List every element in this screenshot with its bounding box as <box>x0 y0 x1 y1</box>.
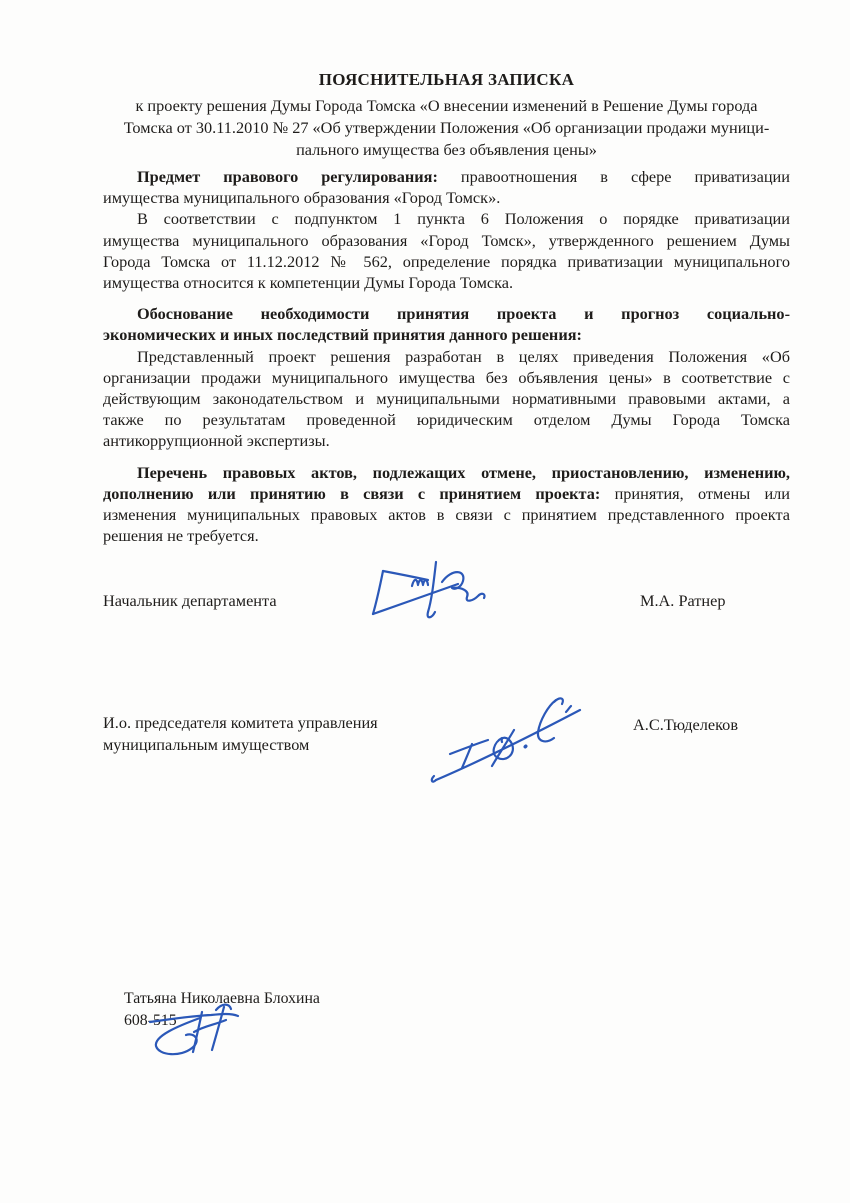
text-line: изменения муниципальных правовых актов в… <box>103 504 790 525</box>
text-line: экономических и иных последствий приняти… <box>103 324 790 345</box>
signature1-name: М.А. Ратнер <box>640 590 726 612</box>
text-line: Перечень правовых актов, подлежащих отме… <box>103 462 790 483</box>
document-title: ПОЯСНИТЕЛЬНАЯ ЗАПИСКА <box>103 70 790 90</box>
text-line: к проекту решения Думы Города Томска «О … <box>103 95 790 117</box>
text-line: антикоррупционной экспертизы. <box>103 430 790 451</box>
handwritten-signature-ratner-icon <box>360 554 505 639</box>
text-line: решения не требуется. <box>103 525 790 546</box>
signature1-position-title: Начальник департамента <box>103 590 277 612</box>
text-line: также по результатам проведенной юридиче… <box>103 409 790 430</box>
scanned-document-page: ПОЯСНИТЕЛЬНАЯ ЗАПИСКА к проекту решения … <box>0 0 850 1203</box>
text-line: В соответствии с подпунктом 1 пункта 6 П… <box>103 208 790 229</box>
paragraph-subject-of-regulation: Предмет правового регулирования: правоот… <box>103 166 790 208</box>
heading-justification: Обоснование необходимости принятия проек… <box>103 303 790 345</box>
text-line: организации продажи муниципального имуще… <box>103 367 790 388</box>
text-line: И.о. председателя комитета управления <box>103 712 483 734</box>
text-line: Предмет правового регулирования: правоот… <box>103 166 790 187</box>
text-line: имущества относится к компетенции Думы Г… <box>103 272 790 293</box>
document-body: Предмет правового регулирования: правоот… <box>103 166 790 546</box>
handwritten-signature-tyudelekov-icon <box>428 682 598 790</box>
text-line: муниципальным имуществом <box>103 734 483 756</box>
paragraph-justification: Представленный проект решения разработан… <box>103 346 790 452</box>
text-line: имущества муниципального образования «Го… <box>103 187 790 208</box>
text-line: Томска от 30.11.2010 № 27 «Об утверждени… <box>103 117 790 139</box>
text-line: Города Томска от 11.12.2012 № 562, опред… <box>103 251 790 272</box>
signature2-position-title: И.о. председателя комитета управлениямун… <box>103 712 483 756</box>
text-line: действующим законодательством и муниципа… <box>103 388 790 409</box>
document-subtitle: к проекту решения Думы Города Томска «О … <box>103 95 790 161</box>
signature2-name: А.С.Тюделеков <box>633 714 738 736</box>
paragraph-legal-basis: В соответствии с подпунктом 1 пункта 6 П… <box>103 208 790 293</box>
text-line: имущества муниципального образования «Го… <box>103 230 790 251</box>
paragraph-list-of-acts: Перечень правовых актов, подлежащих отме… <box>103 462 790 547</box>
document-header: ПОЯСНИТЕЛЬНАЯ ЗАПИСКА к проекту решения … <box>103 70 790 161</box>
text-line: Представленный проект решения разработан… <box>103 346 790 367</box>
text-line: дополнению или принятию в связи с принят… <box>103 483 790 504</box>
text-line: пального имущества без объявления цены» <box>103 139 790 161</box>
handwritten-signature-blokhina-icon <box>136 1000 251 1062</box>
text-line: Обоснование необходимости принятия проек… <box>103 303 790 324</box>
